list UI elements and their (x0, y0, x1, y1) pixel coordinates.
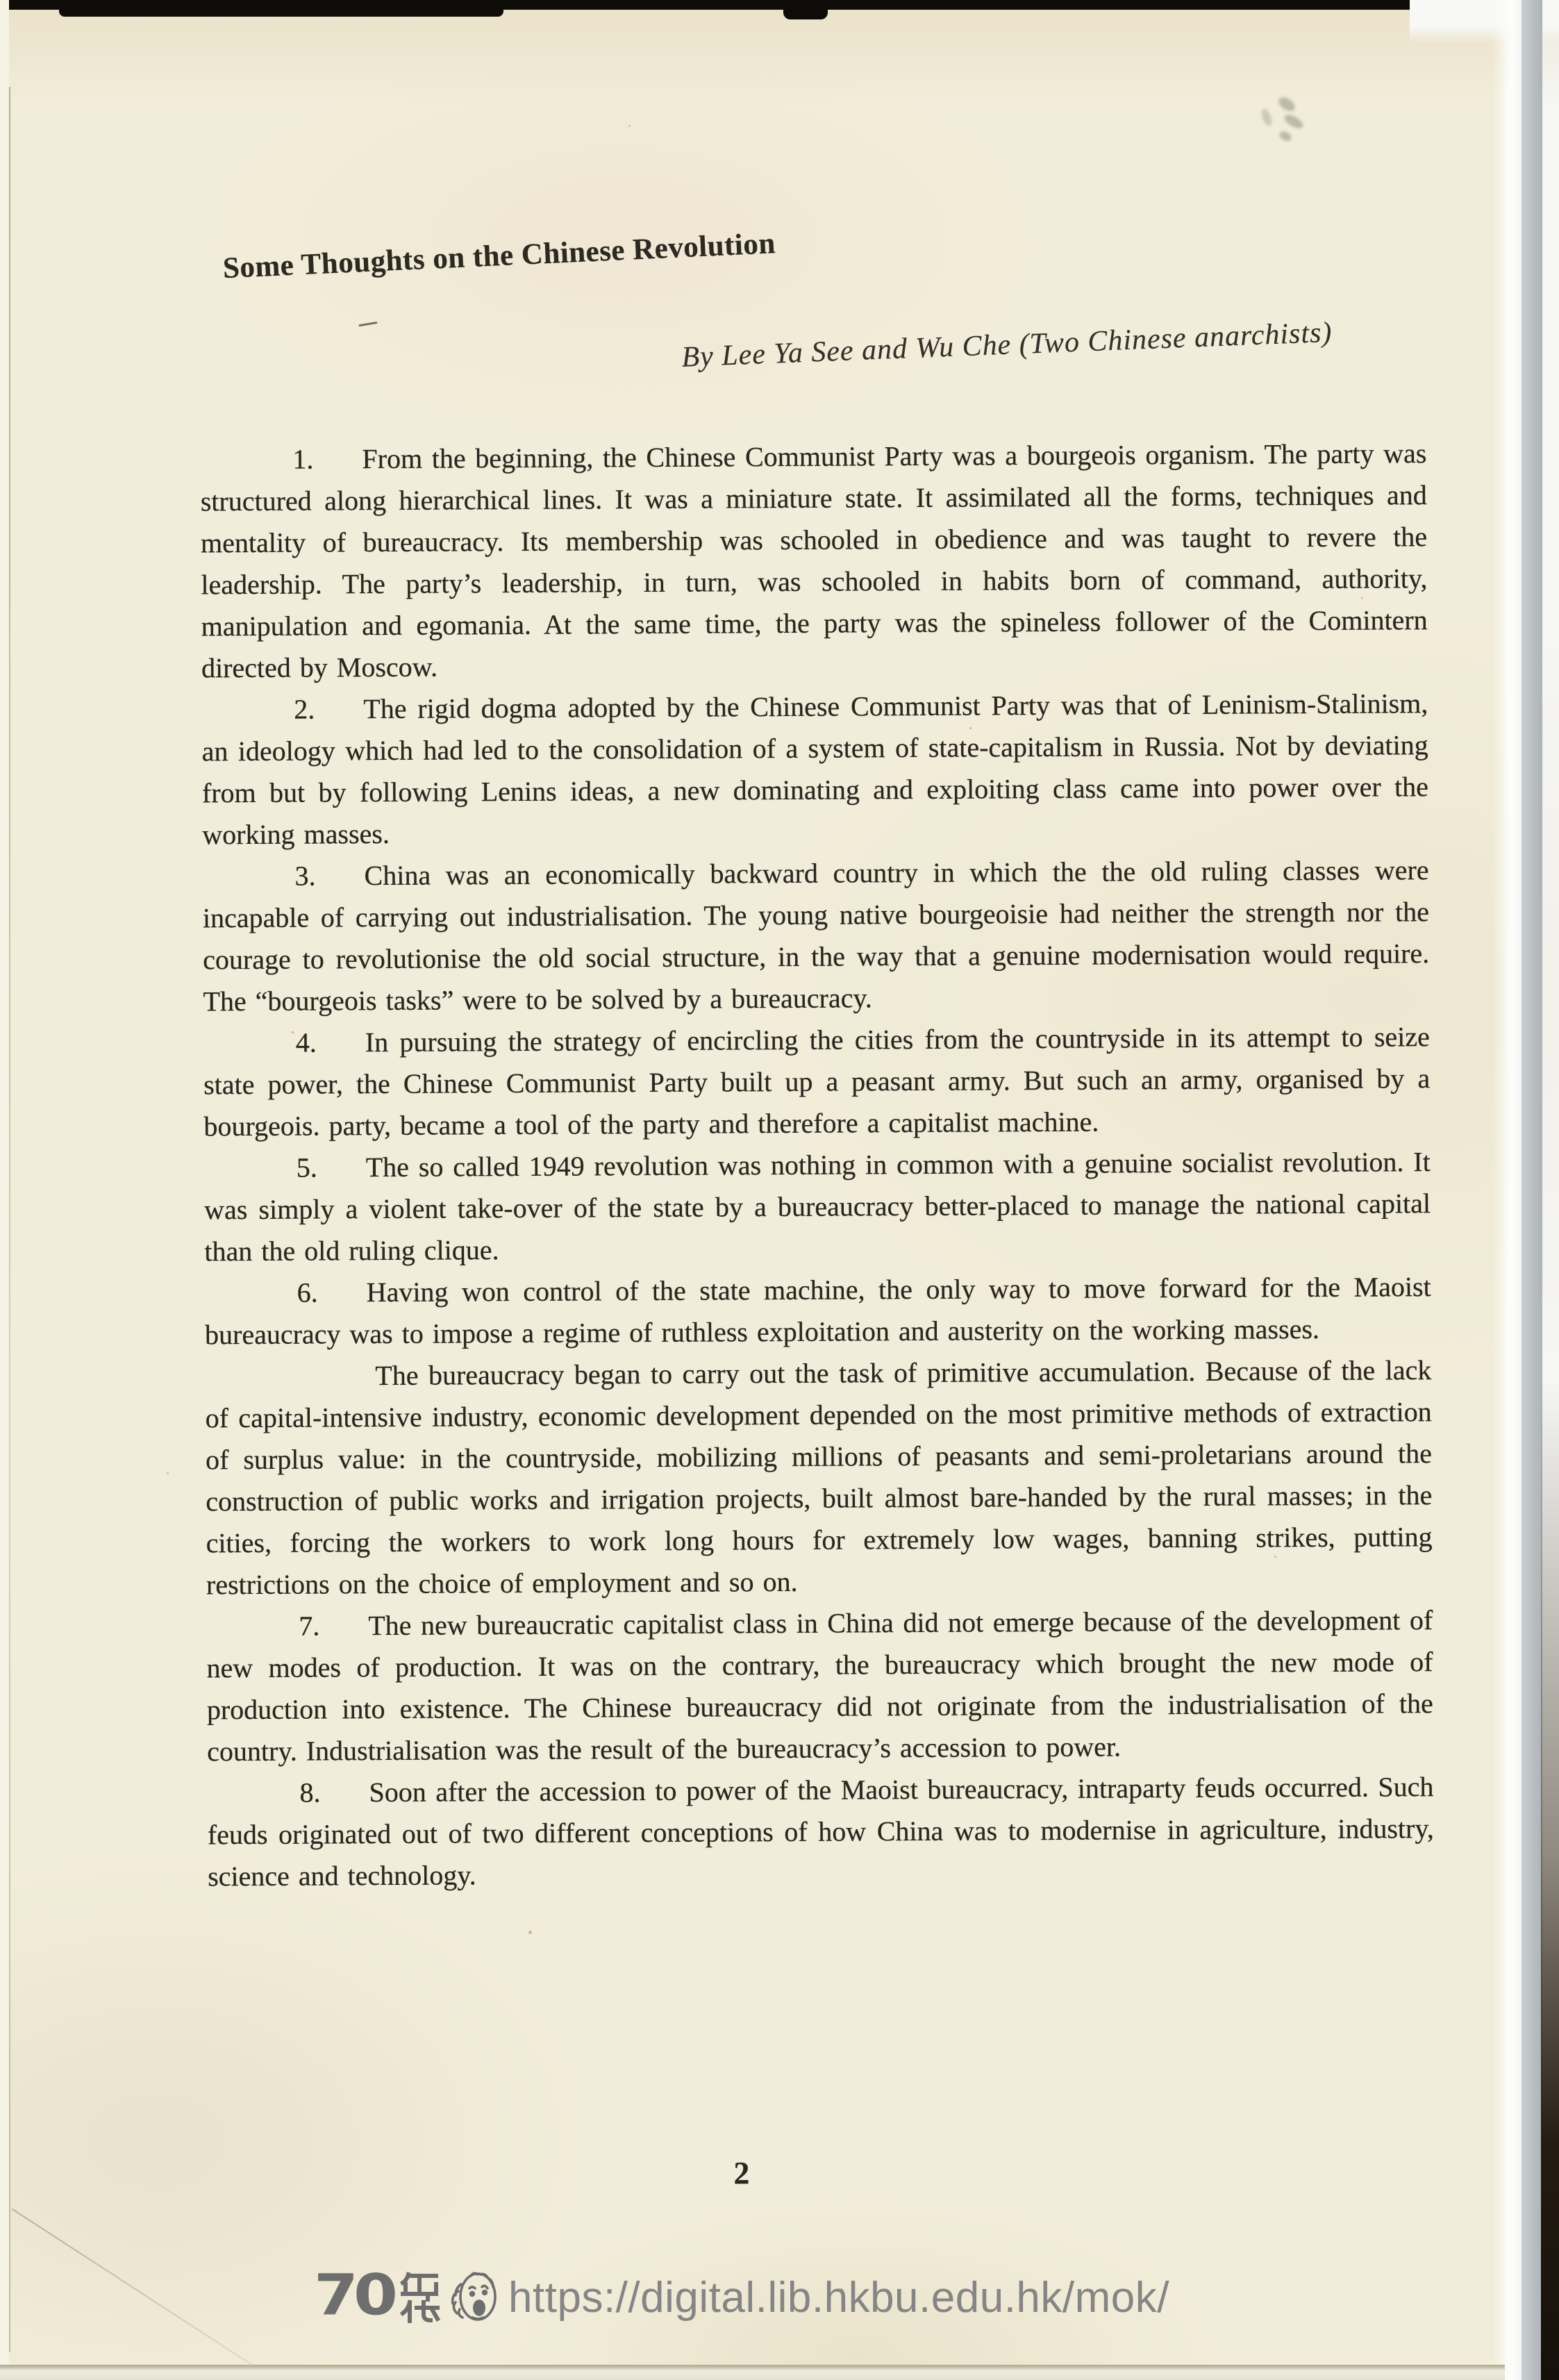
paragraph-2: 2.The rigid dogma adopted by the Chinese… (201, 683, 1428, 856)
paragraph-text: The so called 1949 revolution was nothin… (204, 1146, 1431, 1267)
paragraph-number: 1. (292, 438, 362, 481)
paragraph-6: 6.Having won control of the state machin… (205, 1266, 1432, 1356)
library-watermark-bar: 70 年代 https://digital.lib.hkbu.edu.hk/mo… (314, 2261, 1169, 2333)
paragraph-1: 1.From the beginning, the Chinese Commun… (200, 433, 1428, 689)
byline: By Lee Ya See and Wu Che (Two Chinese an… (681, 316, 1333, 374)
paragraph-number: 6. (297, 1272, 367, 1314)
scanned-document-page: Some Thoughts on the Chinese Revolution … (0, 0, 1559, 2380)
paragraph-text: The bureaucracy began to carry out the t… (206, 1354, 1433, 1600)
paragraph-number: 8. (299, 1772, 369, 1814)
paragraph-number: 7. (299, 1605, 368, 1647)
paragraph-text: Soon after the accession to power of the… (208, 1771, 1434, 1892)
page-title: Some Thoughts on the Chinese Revolution (222, 226, 776, 285)
paragraph-text: The new bureaucratic capitalist class in… (206, 1604, 1433, 1767)
paragraph-7: 7.The new bureaucratic capitalist class … (206, 1599, 1433, 1772)
paragraph-number: 2. (294, 688, 363, 731)
mok-face-icon (442, 2269, 501, 2326)
paragraph-number: 4. (296, 1022, 365, 1064)
paragraph-number: 3. (294, 855, 364, 897)
stray-dash-mark (358, 322, 377, 326)
paragraph-5: 5.The so called 1949 revolution was noth… (204, 1141, 1431, 1272)
paragraph-6-continuation: The bureaucracy began to carry out the t… (205, 1349, 1433, 1606)
paragraph-text: Having won control of the state machine,… (205, 1271, 1431, 1350)
paragraph-8: 8.Soon after the accession to power of t… (207, 1766, 1434, 1897)
paragraph-3: 3.China was an economically backward cou… (202, 849, 1429, 1022)
paragraph-number: 5. (297, 1147, 366, 1189)
document-body: 1.From the beginning, the Chinese Commun… (200, 433, 1434, 1897)
watermark-url: https://digital.lib.hkbu.edu.hk/mok/ (508, 2273, 1169, 2322)
paragraph-text: The rigid dogma adopted by the Chinese C… (202, 688, 1429, 850)
page-number: 2 (733, 2154, 749, 2191)
paragraph-text: From the beginning, the Chinese Communis… (201, 438, 1428, 683)
paragraph-text: China was an economically backward count… (203, 854, 1430, 1017)
paragraph-4: 4.In pursuing the strategy of encircling… (203, 1016, 1431, 1147)
seventies-logo-number: 70 (314, 2274, 393, 2317)
seventies-logo-niandai-icon (400, 2272, 440, 2323)
printed-content: Some Thoughts on the Chinese Revolution … (0, 0, 1559, 2380)
paragraph-text: In pursuing the strategy of encircling t… (203, 1021, 1430, 1142)
